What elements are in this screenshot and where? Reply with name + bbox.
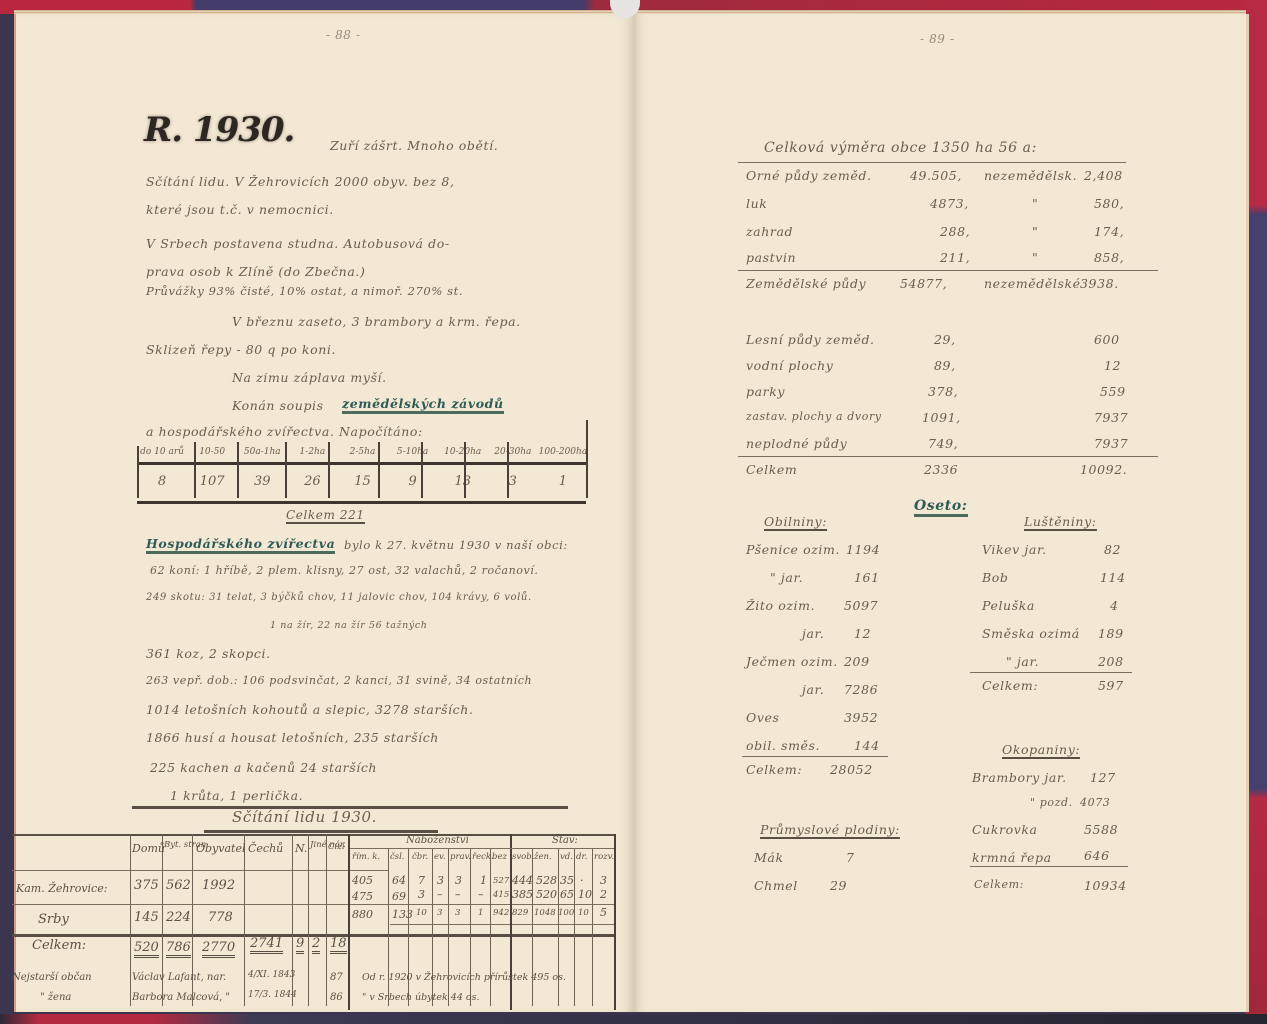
religion-header: Náboženství bbox=[406, 835, 469, 846]
cell: 3 bbox=[600, 874, 607, 887]
cell: 829 bbox=[512, 908, 528, 918]
crop-total-label: Celkem: bbox=[982, 678, 1038, 693]
land-label: vodní plochy bbox=[746, 358, 833, 373]
seeded-heading: Oseto: bbox=[914, 498, 968, 517]
livestock-intro: bylo k 27. květnu 1930 v naší obci: bbox=[344, 538, 568, 552]
col-header: Obyvatel bbox=[196, 842, 246, 855]
cell: 942 bbox=[493, 908, 509, 918]
value-cell: 13 bbox=[438, 466, 488, 498]
area-sub-label: nezemědělsk. bbox=[984, 168, 1077, 183]
livestock-line: 1 krůta, 1 perlička. bbox=[170, 788, 303, 803]
area-value: 211, bbox=[940, 250, 970, 265]
area-value: 174, bbox=[1094, 224, 1124, 239]
crop-value: 189 bbox=[1098, 626, 1124, 641]
land-value: 89, bbox=[934, 358, 956, 373]
header-cell: 5-10ha bbox=[388, 442, 438, 462]
crop-value: 4073 bbox=[1080, 796, 1110, 809]
cell: 10 bbox=[578, 888, 592, 901]
area-sum-label: Zemědělské půdy bbox=[746, 276, 866, 291]
crop-total-label: Celkem: bbox=[974, 878, 1024, 891]
cell: 1992 bbox=[202, 878, 235, 893]
cell: 520 bbox=[134, 940, 159, 958]
cell: 3 bbox=[455, 874, 462, 887]
cell: 1048 bbox=[534, 908, 556, 918]
page-number: - 88 - bbox=[326, 28, 361, 42]
land-value: 1091, bbox=[922, 410, 961, 425]
cell: 444 bbox=[512, 874, 533, 887]
cell: 375 bbox=[134, 878, 159, 893]
cell: 18 bbox=[330, 936, 347, 954]
livestock-line: 1014 letošních kohoutů a slepic, 3278 st… bbox=[146, 702, 473, 717]
cell: – bbox=[455, 888, 461, 901]
cell: · bbox=[580, 874, 584, 887]
crop-total-value: 10934 bbox=[1084, 878, 1127, 893]
oldest-name: Václav Lafant, nar. bbox=[132, 972, 226, 983]
value-cell: 15 bbox=[337, 466, 387, 498]
page-number: - 89 - bbox=[920, 32, 955, 46]
header-cell: 20-30ha bbox=[488, 442, 538, 462]
cell: 3 bbox=[437, 908, 442, 918]
chronicle-line: V březnu zaseto, 3 brambory a krm. řepa. bbox=[232, 314, 521, 329]
cell: 520 bbox=[536, 888, 557, 901]
land-value: 749, bbox=[928, 436, 958, 451]
status-col: dr. bbox=[576, 852, 587, 862]
col-header: Domů bbox=[132, 842, 165, 855]
chronicle-line: prava osob k Zlíně (do Zbečna.) bbox=[146, 264, 365, 279]
crop-label: jar. bbox=[802, 682, 824, 697]
status-col: rozv. bbox=[594, 852, 614, 862]
crop-value: 7 bbox=[846, 850, 855, 865]
highlighted-term: zemědělských závodů bbox=[342, 396, 504, 414]
crop-value: 12 bbox=[854, 626, 871, 641]
religion-col: řeck. bbox=[472, 852, 494, 862]
divider bbox=[742, 756, 888, 757]
crop-value: 161 bbox=[854, 570, 880, 585]
crop-value: 5588 bbox=[1084, 822, 1118, 837]
value-cell: 3 bbox=[488, 466, 538, 498]
religion-col: čbr. bbox=[412, 852, 428, 862]
land-label: zastav. plochy a dvory bbox=[746, 410, 882, 423]
cell: 35 bbox=[560, 874, 574, 887]
area-value: 2,408 bbox=[1084, 168, 1123, 183]
area-sub-label: " bbox=[1032, 196, 1038, 211]
area-value: 4873, bbox=[930, 196, 969, 211]
cell: 527 bbox=[493, 876, 509, 886]
farm-table-values: 8 107 39 26 15 9 13 3 1 bbox=[137, 466, 588, 498]
oldest-date: 17/3. 1844 bbox=[248, 990, 297, 1000]
crop-value: 29 bbox=[830, 878, 847, 893]
area-value: 49.505, bbox=[910, 168, 962, 183]
divider bbox=[970, 866, 1128, 867]
area-label: luk bbox=[746, 196, 767, 211]
area-value: 858, bbox=[1094, 250, 1124, 265]
value-cell: 39 bbox=[237, 466, 287, 498]
cell: 385 bbox=[512, 888, 533, 901]
crop-label: Brambory jar. bbox=[972, 770, 1067, 785]
col-header: N. bbox=[295, 842, 307, 855]
total-label: Celkem: bbox=[32, 938, 86, 953]
farm-table-header: do 10 arů 10-50 50a-1ha 1-2ha 2-5ha 5-10… bbox=[137, 442, 588, 462]
value-cell: 8 bbox=[137, 466, 187, 498]
crop-label: krmná řepa bbox=[972, 850, 1052, 865]
cell: 1 bbox=[480, 874, 487, 887]
cell: 786 bbox=[166, 940, 191, 958]
cell: 528 bbox=[536, 874, 557, 887]
crop-label: Oves bbox=[746, 710, 780, 725]
land-value: 12 bbox=[1104, 358, 1121, 373]
area-value: 288, bbox=[940, 224, 970, 239]
crop-value: 208 bbox=[1098, 654, 1124, 669]
header-cell: 100-200ha bbox=[538, 442, 588, 462]
cell: 562 bbox=[166, 878, 191, 893]
chronicle-line: Sčítání lidu. V Žehrovicích 2000 obyv. b… bbox=[146, 174, 455, 189]
value-cell: 9 bbox=[388, 466, 438, 498]
crop-value: 7286 bbox=[844, 682, 878, 697]
crop-total-label: Celkem: bbox=[746, 762, 802, 777]
crop-value: 209 bbox=[844, 654, 870, 669]
chronicle-line: a hospodářského zvířectva. Napočítáno: bbox=[146, 424, 423, 439]
chronicle-line: které jsou t.č. v nemocnici. bbox=[146, 202, 334, 217]
status-col: žen. bbox=[534, 852, 552, 862]
cell: 3 bbox=[437, 874, 444, 887]
land-value: 7937 bbox=[1094, 410, 1128, 425]
land-total-value: 10092. bbox=[1080, 462, 1127, 477]
cell: 2 bbox=[600, 888, 607, 901]
page-title: R. 1930. bbox=[144, 110, 294, 150]
cell: 405 bbox=[352, 874, 373, 887]
chronicle-line: V Srbech postavena studna. Autobusová do… bbox=[146, 236, 450, 251]
oldest-name: Barbora Malcová, " bbox=[132, 992, 230, 1003]
crop-value: 1194 bbox=[846, 542, 880, 557]
area-sum-sub-label: nezemědělské bbox=[984, 276, 1081, 291]
header-cell: 2-5ha bbox=[337, 442, 387, 462]
cell: 3 bbox=[455, 908, 460, 918]
status-col: svob. bbox=[512, 852, 534, 862]
area-value: 580, bbox=[1094, 196, 1124, 211]
crop-label: " jar. bbox=[1006, 654, 1039, 669]
area-sum-value: 54877, bbox=[900, 276, 947, 291]
cell: 1 bbox=[478, 908, 483, 918]
oldest-label: Nejstarší občan bbox=[12, 972, 92, 983]
root-crops-heading: Okopaniny: bbox=[1002, 742, 1080, 759]
divider bbox=[738, 162, 1126, 163]
legumes-heading: Luštěniny: bbox=[1024, 514, 1097, 531]
religion-col: ev. bbox=[434, 852, 446, 862]
livestock-line: 361 koz, 2 skopci. bbox=[146, 646, 271, 661]
area-label: Orné půdy zeměd. bbox=[746, 168, 872, 183]
land-label: neplodné půdy bbox=[746, 436, 847, 451]
status-header: Stav: bbox=[552, 835, 578, 846]
crop-label: Pšenice ozim. bbox=[746, 542, 840, 557]
row-label: Kam. Žehrovice: bbox=[16, 882, 107, 895]
crop-label: Chmel bbox=[754, 878, 798, 893]
chronicle-line: Sklizeň řepy - 80 q po koni. bbox=[146, 342, 336, 357]
crop-value: 114 bbox=[1100, 570, 1126, 585]
header-cell: 50a-1ha bbox=[237, 442, 287, 462]
cereals-heading: Obilniny: bbox=[764, 514, 827, 531]
religion-col: čsl. bbox=[390, 852, 405, 862]
population-remark: " v Srbech úbytek 44 os. bbox=[362, 992, 480, 1003]
right-page: - 89 - Celková výměra obce 1350 ha 56 a:… bbox=[634, 14, 1249, 1012]
cell: 7 bbox=[418, 874, 425, 887]
oldest-age: 87 bbox=[330, 972, 343, 983]
livestock-line: 1866 husí a housat letošních, 235 starší… bbox=[146, 730, 439, 745]
cell: 133 bbox=[392, 908, 413, 921]
area-sum-value: 3938. bbox=[1080, 276, 1119, 291]
cell: 69 bbox=[392, 890, 406, 903]
land-value: 378, bbox=[928, 384, 958, 399]
land-value: 600 bbox=[1094, 332, 1120, 347]
religion-col: prav. bbox=[450, 852, 471, 862]
status-col: vd. bbox=[560, 852, 573, 862]
crop-value: 5097 bbox=[844, 598, 878, 613]
livestock-line: 225 kachen a kačenů 24 starších bbox=[150, 760, 377, 775]
divider bbox=[970, 672, 1132, 673]
cell: 64 bbox=[392, 874, 406, 887]
header-cell: 10-20ha bbox=[438, 442, 488, 462]
farm-size-table: do 10 arů 10-50 50a-1ha 1-2ha 2-5ha 5-10… bbox=[137, 442, 588, 500]
area-label: zahrad bbox=[746, 224, 793, 239]
cell: 3 bbox=[418, 888, 425, 901]
crop-label: Žito ozim. bbox=[746, 598, 815, 613]
crop-total-value: 28052 bbox=[830, 762, 873, 777]
chronicle-line: Na zimu záplava myší. bbox=[232, 370, 387, 385]
population-remark: Od r. 1920 v Žehrovicích přírůstek 495 o… bbox=[362, 972, 566, 983]
livestock-line: 1 na žír, 22 na žír 56 tažných bbox=[270, 620, 427, 631]
crop-label: Bob bbox=[982, 570, 1009, 585]
value-cell: 1 bbox=[538, 466, 588, 498]
cell: 2 bbox=[312, 936, 320, 954]
land-label: parky bbox=[746, 384, 785, 399]
crop-label: jar. bbox=[802, 626, 824, 641]
industrial-heading: Průmyslové plodiny: bbox=[760, 822, 900, 839]
cell: 2770 bbox=[202, 940, 235, 958]
land-value: 7937 bbox=[1094, 436, 1128, 451]
land-total-label: Celkem bbox=[746, 462, 797, 477]
cell: 475 bbox=[352, 890, 373, 903]
oldest-age: 86 bbox=[330, 992, 343, 1003]
cell: 10 bbox=[578, 908, 589, 918]
cell: 415 bbox=[493, 890, 509, 900]
livestock-line: 62 koní: 1 hříbě, 2 plem. klisny, 27 ost… bbox=[150, 564, 539, 577]
livestock-line: 263 vepř. dob.: 106 podsvinčat, 2 kanci,… bbox=[146, 674, 532, 687]
cell: 10 bbox=[416, 908, 427, 918]
crop-value: 127 bbox=[1090, 770, 1116, 785]
farm-total: Celkem 221 bbox=[286, 508, 365, 524]
cell: – bbox=[478, 888, 484, 901]
header-cell: do 10 arů bbox=[137, 442, 187, 462]
oldest-date: 4/XI. 1843 bbox=[248, 970, 295, 980]
livestock-line: 249 skotu: 31 telat, 3 býčků chov, 11 ja… bbox=[146, 592, 532, 603]
crop-value: 3952 bbox=[844, 710, 878, 725]
area-sub-label: " bbox=[1032, 250, 1038, 265]
oldest-label: " žena bbox=[40, 992, 71, 1003]
crop-label: " pozd. bbox=[1030, 796, 1073, 809]
livestock-heading: Hospodářského zvířectva bbox=[146, 536, 335, 554]
cell: 65 bbox=[560, 888, 574, 901]
cell: 778 bbox=[208, 910, 233, 925]
area-sub-label: " bbox=[1032, 224, 1038, 239]
crop-label: obil. směs. bbox=[746, 738, 820, 753]
chronicle-line: Zuří zášrt. Mnoho obětí. bbox=[330, 138, 498, 153]
left-page: - 88 - R. 1930. Zuří zášrt. Mnoho obětí.… bbox=[14, 14, 636, 1012]
crop-value: 4 bbox=[1110, 598, 1119, 613]
cell: – bbox=[437, 888, 443, 901]
land-label: Lesní půdy zeměd. bbox=[746, 332, 875, 347]
cell: 145 bbox=[134, 910, 159, 925]
crop-value: 82 bbox=[1104, 542, 1121, 557]
crop-total-value: 597 bbox=[1098, 678, 1124, 693]
cell: 2741 bbox=[250, 936, 283, 954]
crop-label: Ječmen ozim. bbox=[746, 654, 838, 669]
chronicle-line: Konán soupis bbox=[232, 398, 324, 413]
religion-col: bez bbox=[492, 852, 507, 862]
crop-value: 646 bbox=[1084, 848, 1110, 863]
cell: 880 bbox=[352, 908, 373, 921]
population-census-table: Domů Byt. stran Obyvatel Čechů N. Jiné n… bbox=[12, 820, 624, 1016]
land-value: 559 bbox=[1100, 384, 1126, 399]
chronicle-line: Průvážky 93% čisté, 10% ostat, a nimoř. … bbox=[146, 284, 463, 298]
crop-label: Vikev jar. bbox=[982, 542, 1047, 557]
area-title: Celková výměra obce 1350 ha 56 a: bbox=[764, 140, 1037, 156]
land-total-value: 2336 bbox=[924, 462, 958, 477]
col-header: Cizí bbox=[328, 842, 344, 852]
crop-label: Směska ozimá bbox=[982, 626, 1080, 641]
cell: 100 bbox=[558, 908, 574, 918]
crop-label: Cukrovka bbox=[972, 822, 1038, 837]
row-label: Srby bbox=[38, 912, 69, 927]
crop-value: 144 bbox=[854, 738, 880, 753]
crop-label: " jar. bbox=[770, 570, 803, 585]
land-value: 29, bbox=[934, 332, 956, 347]
crop-label: Peluška bbox=[982, 598, 1035, 613]
religion-col: řím. k. bbox=[352, 852, 380, 862]
cell: 9 bbox=[296, 936, 304, 954]
cell: 5 bbox=[600, 906, 607, 919]
cell: 224 bbox=[166, 910, 191, 925]
crop-label: Mák bbox=[754, 850, 784, 865]
area-label: pastvin bbox=[746, 250, 796, 265]
col-header: Čechů bbox=[248, 842, 283, 855]
